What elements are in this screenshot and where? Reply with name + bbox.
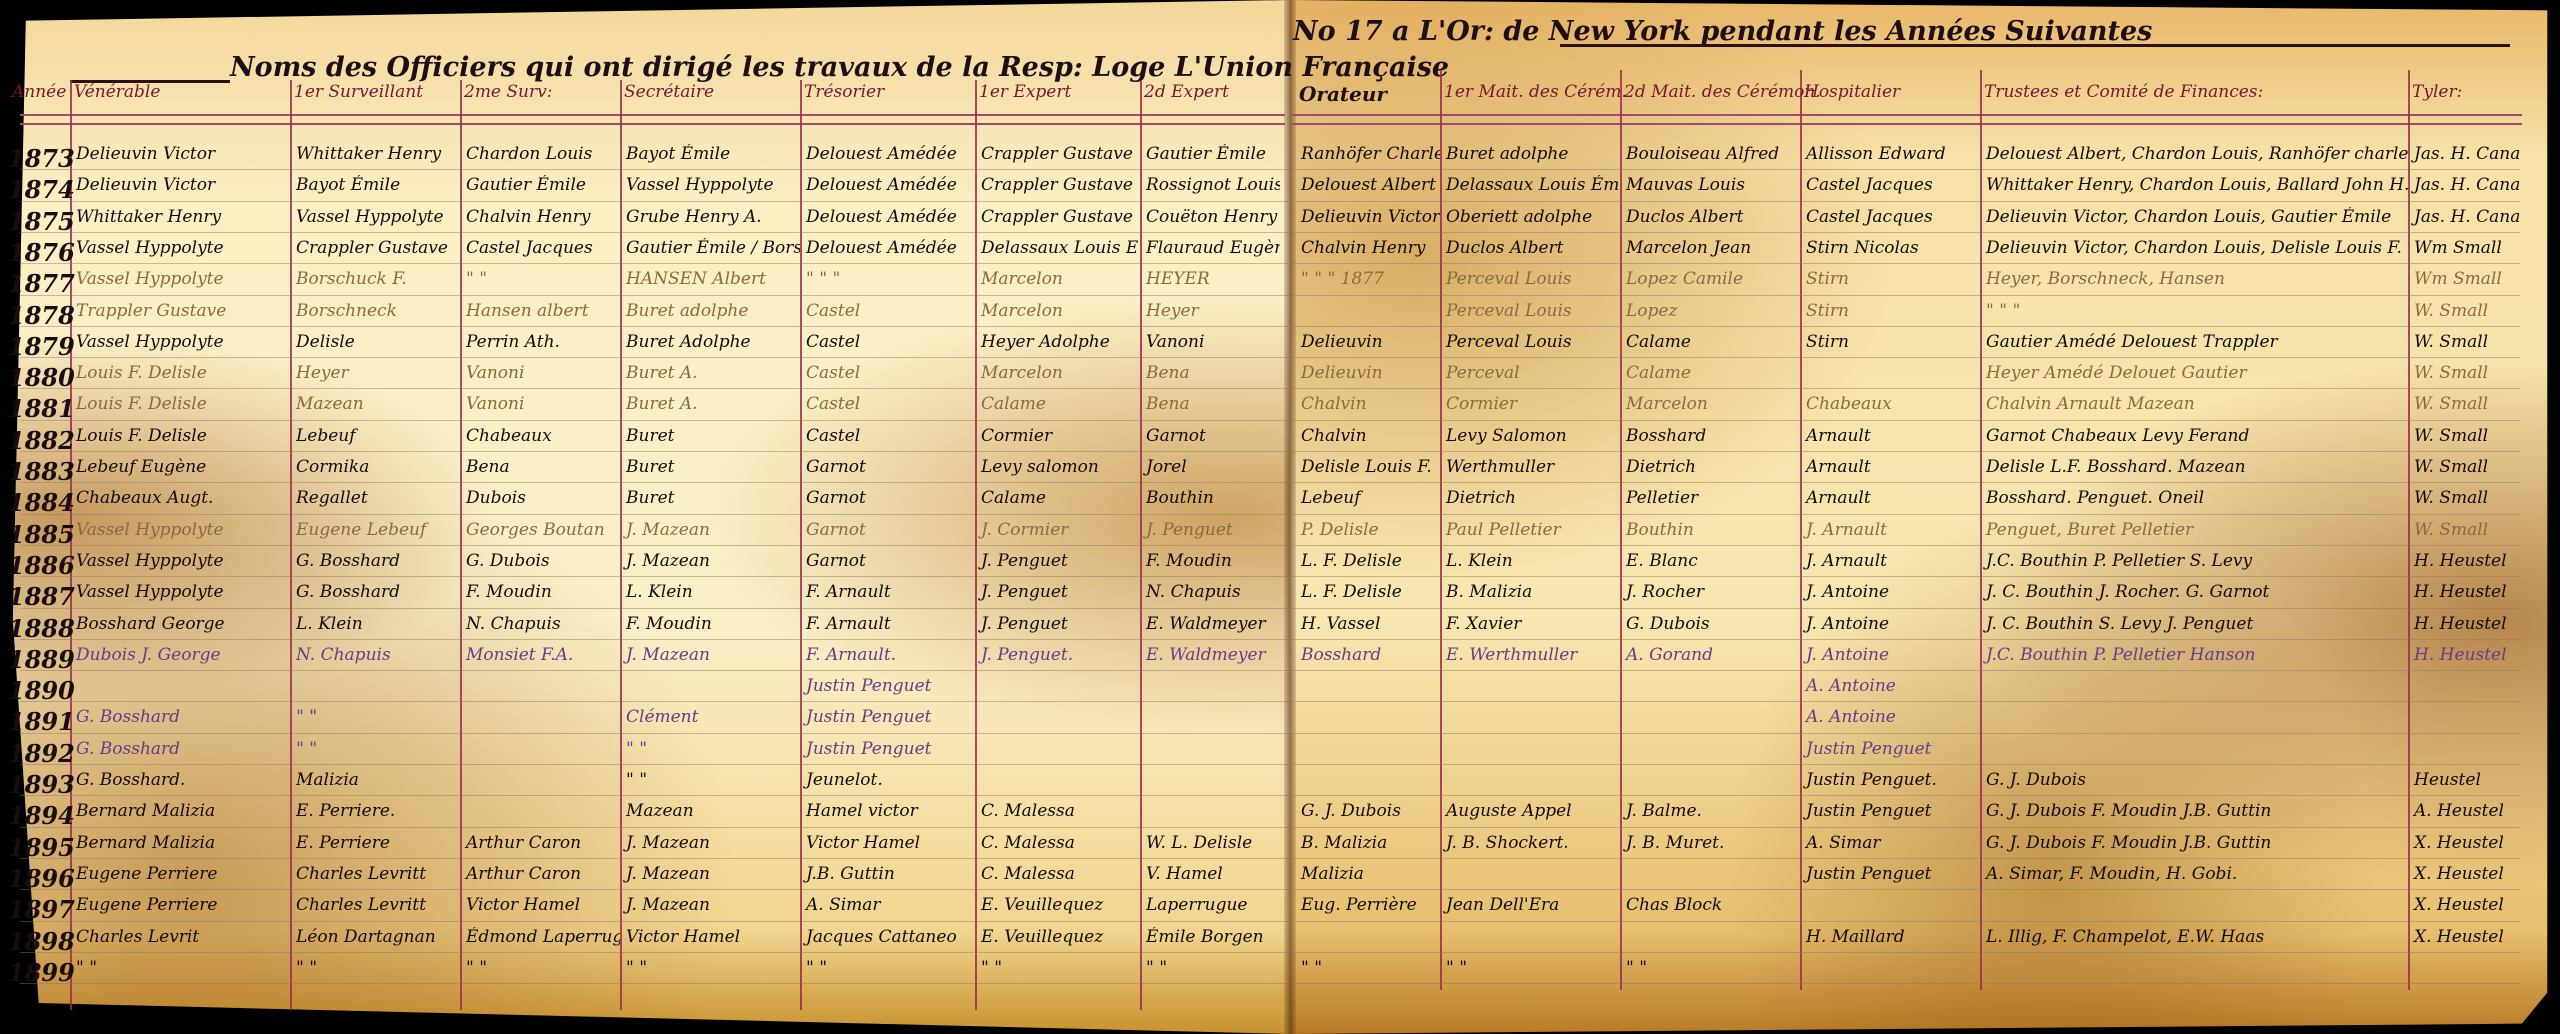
cell-expert1: Marcelon (975, 269, 1140, 289)
cell-maitre_cer2: Chas Block (1620, 895, 1800, 915)
cell-surv1: " " (290, 958, 460, 978)
cell-secretaire: L. Klein (620, 582, 800, 602)
cell-maitre_cer2: Calame (1620, 332, 1800, 352)
row-rule (20, 482, 2520, 483)
cell-trustees: Delieuvin Victor, Chardon Louis, Gautier… (1980, 207, 2408, 227)
row-rule (20, 608, 2520, 609)
cell-secretaire: J. Mazean (620, 520, 800, 540)
cell-tresorier: Castel (800, 426, 975, 446)
cell-maitre_cer1: Auguste Appel (1440, 801, 1620, 821)
cell-maitre_cer2: J. Balme. (1620, 801, 1800, 821)
cell-maitre_cer1: Duclos Albert (1440, 238, 1620, 258)
column-header-hospitalier: Hospitalier (1804, 82, 1900, 102)
cell-expert1: Cormier (975, 426, 1140, 446)
cell-surv2: Chalvin Henry (460, 207, 620, 227)
column-header-secretaire: Secrétaire (624, 82, 714, 102)
cell-surv2: Castel Jacques (460, 238, 620, 258)
cell-venerable: Louis F. Delisle (70, 363, 290, 383)
cell-expert2: " " (1140, 958, 1280, 978)
column-header-surv1: 1er Surveillant (294, 82, 423, 102)
cell-expert1: C. Malessa (975, 801, 1140, 821)
column-header-expert2: 2d Expert (1144, 82, 1229, 102)
cell-annee: 1892 (8, 739, 70, 768)
cell-secretaire: F. Moudin (620, 614, 800, 634)
cell-tresorier: F. Arnault (800, 614, 975, 634)
cell-tyler: W. Small (2408, 394, 2520, 414)
cell-expert2: Vanoni (1140, 332, 1280, 352)
cell-secretaire: Vassel Hyppolyte (620, 175, 800, 195)
cell-maitre_cer2: Dietrich (1620, 457, 1800, 477)
cell-expert2: Gautier Émile (1140, 144, 1280, 164)
cell-tresorier: Delouest Amédée (800, 144, 975, 164)
cell-venerable: Bernard Malizia (70, 833, 290, 853)
cell-annee: 1879 (8, 332, 70, 361)
cell-expert1: Crappler Gustave (975, 207, 1140, 227)
cell-maitre_cer1: F. Xavier (1440, 614, 1620, 634)
row-rule (20, 232, 2520, 233)
cell-annee: 1876 (8, 238, 70, 267)
cell-annee: 1894 (8, 801, 70, 830)
cell-annee: 1883 (8, 457, 70, 486)
cell-trustees: " " " (1980, 301, 2408, 321)
cell-secretaire: Gautier Émile / Borschneck Frederic (620, 238, 800, 258)
cell-orateur: Chalvin (1295, 426, 1440, 446)
cell-tyler: Jas. H. Canavan (2408, 175, 2520, 195)
cell-expert2: E. Waldmeyer (1140, 614, 1280, 634)
cell-trustees: G. J. Dubois F. Moudin J.B. Guttin (1980, 833, 2408, 853)
cell-surv1: Bayot Émile (290, 175, 460, 195)
cell-secretaire: " " (620, 958, 800, 978)
cell-hospitalier: J. Arnault (1800, 551, 1980, 571)
cell-surv2: Arthur Caron (460, 864, 620, 884)
cell-secretaire: Mazean (620, 801, 800, 821)
cell-maitre_cer1: Dietrich (1440, 488, 1620, 508)
cell-tresorier: Delouest Amédée (800, 175, 975, 195)
cell-trustees: L. Illig, F. Champelot, E.W. Haas (1980, 927, 2408, 947)
cell-secretaire: Grube Henry A. (620, 207, 800, 227)
cell-orateur: Chalvin (1295, 394, 1440, 414)
cell-expert1: Heyer Adolphe (975, 332, 1140, 352)
cell-surv2: Chabeaux (460, 426, 620, 446)
cell-hospitalier: H. Maillard (1800, 927, 1980, 947)
cell-tyler: W. Small (2408, 488, 2520, 508)
cell-venerable: Vassel Hyppolyte (70, 269, 290, 289)
cell-tresorier: Castel (800, 363, 975, 383)
cell-expert1: E. Veuillequez (975, 927, 1140, 947)
cell-tyler: W. Small (2408, 457, 2520, 477)
cell-maitre_cer2: Lopez (1620, 301, 1800, 321)
cell-surv1: Heyer (290, 363, 460, 383)
cell-expert2: Bouthin (1140, 488, 1280, 508)
row-rule (20, 420, 2520, 421)
cell-trustees: J.C. Bouthin P. Pelletier S. Levy (1980, 551, 2408, 571)
cell-annee: 1891 (8, 707, 70, 736)
cell-maitre_cer2: Bosshard (1620, 426, 1800, 446)
cell-expert2: F. Moudin (1140, 551, 1280, 571)
cell-venerable: Eugene Perriere (70, 864, 290, 884)
cell-tyler: H. Heustel (2408, 645, 2520, 665)
cell-surv2: Gautier Émile (460, 175, 620, 195)
cell-annee: 1888 (8, 614, 70, 643)
cell-expert1: Marcelon (975, 363, 1140, 383)
cell-surv1: Whittaker Henry (290, 144, 460, 164)
cell-surv2: G. Dubois (460, 551, 620, 571)
header-double-rule-right (1292, 114, 2522, 125)
cell-expert2: V. Hamel (1140, 864, 1280, 884)
cell-orateur: Chalvin Henry (1295, 238, 1440, 258)
cell-secretaire: Bayot Émile (620, 144, 800, 164)
cell-maitre_cer1: Jean Dell'Era (1440, 895, 1620, 915)
cell-expert1: Crappler Gustave (975, 175, 1140, 195)
cell-secretaire: Buret (620, 426, 800, 446)
cell-maitre_cer2: Pelletier (1620, 488, 1800, 508)
row-rule (20, 576, 2520, 577)
cell-hospitalier: A. Simar (1800, 833, 1980, 853)
cell-tresorier: Castel (800, 394, 975, 414)
cell-maitre_cer1: " " (1440, 958, 1620, 978)
cell-tyler: Heustel (2408, 770, 2520, 790)
cell-expert2: N. Chapuis (1140, 582, 1280, 602)
cell-secretaire: J. Mazean (620, 833, 800, 853)
row-rule (20, 670, 2520, 671)
cell-tresorier: Castel (800, 301, 975, 321)
cell-secretaire: Buret (620, 488, 800, 508)
cell-annee: 1880 (8, 363, 70, 392)
cell-annee: 1886 (8, 551, 70, 580)
row-rule (20, 827, 2520, 828)
cell-tresorier: F. Arnault. (800, 645, 975, 665)
column-header-maitre_cer1: 1er Mait. des Cérém. (1444, 82, 1627, 102)
cell-orateur: Delieuvin Victor (1295, 207, 1440, 227)
cell-hospitalier: Justin Penguet (1800, 801, 1980, 821)
cell-venerable: Whittaker Henry (70, 207, 290, 227)
cell-surv2: N. Chapuis (460, 614, 620, 634)
cell-expert2: Flauraud Eugène (1140, 238, 1280, 258)
cell-annee: 1899 (8, 958, 70, 987)
cell-maitre_cer1: L. Klein (1440, 551, 1620, 571)
cell-maitre_cer2: J. B. Muret. (1620, 833, 1800, 853)
row-rule (20, 795, 2520, 796)
row-rule (20, 921, 2520, 922)
cell-tresorier: " " (800, 958, 975, 978)
cell-venerable: Delieuvin Victor (70, 175, 290, 195)
cell-venerable: " " (70, 958, 290, 978)
cell-surv2: " " (460, 269, 620, 289)
cell-venerable: Vassel Hyppolyte (70, 238, 290, 258)
cell-maitre_cer2: Mauvas Louis (1620, 175, 1800, 195)
cell-expert2: Garnot (1140, 426, 1280, 446)
cell-tresorier: Justin Penguet (800, 676, 975, 696)
cell-expert1: " " (975, 958, 1140, 978)
cell-maitre_cer2: E. Blanc (1620, 551, 1800, 571)
cell-maitre_cer1: B. Malizia (1440, 582, 1620, 602)
cell-annee: 1882 (8, 426, 70, 455)
row-rule (20, 295, 2520, 296)
row-rule (20, 983, 2520, 984)
cell-maitre_cer2: " " (1620, 958, 1800, 978)
cell-surv2: F. Moudin (460, 582, 620, 602)
cell-expert1: Levy salomon (975, 457, 1140, 477)
cell-tresorier: Castel (800, 332, 975, 352)
cell-tresorier: Garnot (800, 551, 975, 571)
cell-annee: 1881 (8, 394, 70, 423)
cell-maitre_cer1: E. Werthmuller (1440, 645, 1620, 665)
cell-maitre_cer1: Werthmuller (1440, 457, 1620, 477)
cell-orateur: Ranhöfer Charle (1295, 144, 1440, 164)
cell-orateur: P. Delisle (1295, 520, 1440, 540)
cell-trustees: J. C. Bouthin S. Levy J. Penguet (1980, 614, 2408, 634)
cell-surv2: Hansen albert (460, 301, 620, 321)
cell-venerable: G. Bosshard. (70, 770, 290, 790)
column-header-tyler: Tyler: (2412, 82, 2462, 102)
cell-trustees: G. J. Dubois F. Moudin J.B. Guttin (1980, 801, 2408, 821)
column-header-annee: Année (12, 82, 66, 102)
cell-surv2: Chardon Louis (460, 144, 620, 164)
column-header-trustees: Trustees et Comité de Finances: (1984, 82, 2263, 102)
cell-expert1: Crappler Gustave (975, 144, 1140, 164)
cell-surv2: Vanoni (460, 394, 620, 414)
row-rule (20, 733, 2520, 734)
title-left: Noms des Officiers qui ont dirigé les tr… (230, 52, 1449, 83)
cell-trustees: Heyer, Borschneck, Hansen (1980, 269, 2408, 289)
cell-venerable: Bernard Malizia (70, 801, 290, 821)
cell-maitre_cer1: Levy Salomon (1440, 426, 1620, 446)
cell-annee: 1878 (8, 301, 70, 330)
cell-orateur: L. F. Delisle (1295, 582, 1440, 602)
title-right: No 17 a L'Or: de New York pendant les An… (1293, 16, 2152, 47)
cell-expert1: Delassaux Louis E. (975, 238, 1140, 258)
cell-surv1: Crappler Gustave (290, 238, 460, 258)
cell-maitre_cer2: G. Dubois (1620, 614, 1800, 634)
cell-tyler: W. Small (2408, 301, 2520, 321)
cell-secretaire: J. Mazean (620, 645, 800, 665)
cell-expert1: J. Penguet (975, 614, 1140, 634)
cell-venerable: Chabeaux Augt. (70, 488, 290, 508)
cell-trustees: Penguet, Buret Pelletier (1980, 520, 2408, 540)
cell-surv1: Malizia (290, 770, 460, 790)
row-rule (20, 514, 2520, 515)
cell-hospitalier: A. Antoine (1800, 707, 1980, 727)
cell-expert1: E. Veuillequez (975, 895, 1140, 915)
row-rule (20, 889, 2520, 890)
cell-hospitalier: Arnault (1800, 457, 1980, 477)
cell-surv2: Dubois (460, 488, 620, 508)
cell-maitre_cer1: Perceval Louis (1440, 301, 1620, 321)
cell-surv1: " " (290, 707, 460, 727)
cell-expert2: J. Penguet (1140, 520, 1280, 540)
cell-expert2: Jorel (1140, 457, 1280, 477)
cell-venerable: Vassel Hyppolyte (70, 520, 290, 540)
cell-orateur: G. J. Dubois (1295, 801, 1440, 821)
cell-orateur: " " (1295, 958, 1440, 978)
cell-trustees: Delieuvin Victor, Chardon Louis, Delisle… (1980, 238, 2408, 258)
cell-surv2: Georges Boutan (460, 520, 620, 540)
cell-maitre_cer2: Lopez Camile (1620, 269, 1800, 289)
row-rule (20, 545, 2520, 546)
column-header-expert1: 1er Expert (979, 82, 1071, 102)
row-rule (20, 952, 2520, 953)
cell-tresorier: Justin Penguet (800, 739, 975, 759)
cell-trustees: Bosshard. Penguet. Oneil (1980, 488, 2408, 508)
cell-secretaire: Buret Adolphe (620, 332, 800, 352)
cell-maitre_cer1: Cormier (1440, 394, 1620, 414)
cell-orateur: " " " 1877 (1295, 269, 1440, 289)
cell-surv1: Charles Levritt (290, 864, 460, 884)
cell-hospitalier: Arnault (1800, 426, 1980, 446)
cell-expert1: J. Penguet (975, 551, 1140, 571)
cell-orateur: Bosshard (1295, 645, 1440, 665)
cell-hospitalier: J. Antoine (1800, 645, 1980, 665)
cell-tresorier: Delouest Amédée (800, 238, 975, 258)
cell-tyler: Wm Small (2408, 238, 2520, 258)
cell-expert1: J. Penguet. (975, 645, 1140, 665)
cell-tresorier: Jeunelot. (800, 770, 975, 790)
cell-venerable: G. Bosshard (70, 707, 290, 727)
cell-secretaire: Buret (620, 457, 800, 477)
cell-annee: 1890 (8, 676, 70, 705)
cell-surv1: Mazean (290, 394, 460, 414)
cell-orateur: B. Malizia (1295, 833, 1440, 853)
cell-secretaire: Buret adolphe (620, 301, 800, 321)
cell-tyler: H. Heustel (2408, 582, 2520, 602)
cell-expert2: Rossignot Louis (1140, 175, 1280, 195)
cell-surv2: " " (460, 958, 620, 978)
row-rule (20, 263, 2520, 264)
cell-tresorier: Jacques Cattaneo (800, 927, 975, 947)
cell-venerable: Delieuvin Victor (70, 144, 290, 164)
title-underline-right (1560, 44, 2510, 47)
row-rule (20, 169, 2520, 170)
cell-expert1: C. Malessa (975, 833, 1140, 853)
cell-tresorier: Garnot (800, 520, 975, 540)
cell-maitre_cer2: Marcelon (1620, 394, 1800, 414)
cell-tyler: X. Heustel (2408, 895, 2520, 915)
cell-surv1: E. Perriere. (290, 801, 460, 821)
cell-expert1: J. Penguet (975, 582, 1140, 602)
cell-orateur: Delieuvin (1295, 332, 1440, 352)
cell-maitre_cer2: Bouloiseau Alfred (1620, 144, 1800, 164)
cell-secretaire: " " (620, 739, 800, 759)
cell-tresorier: F. Arnault (800, 582, 975, 602)
cell-maitre_cer1: Oberiett adolphe (1440, 207, 1620, 227)
cell-surv1: G. Bosshard (290, 582, 460, 602)
cell-maitre_cer1: Perceval Louis (1440, 332, 1620, 352)
cell-secretaire: J. Mazean (620, 895, 800, 915)
cell-annee: 1893 (8, 770, 70, 799)
row-rule (20, 326, 2520, 327)
cell-expert2: Émile Borgen (1140, 927, 1280, 947)
cell-surv1: Delisle (290, 332, 460, 352)
cell-surv2: Bena (460, 457, 620, 477)
cell-secretaire: Buret A. (620, 363, 800, 383)
cell-annee: 1877 (8, 269, 70, 298)
cell-maitre_cer2: Duclos Albert (1620, 207, 1800, 227)
cell-orateur: Lebeuf (1295, 488, 1440, 508)
cell-annee: 1884 (8, 488, 70, 517)
cell-surv1: N. Chapuis (290, 645, 460, 665)
cell-tyler: H. Heustel (2408, 614, 2520, 634)
header-double-rule-left (20, 114, 1285, 125)
cell-venerable: Lebeuf Eugène (70, 457, 290, 477)
cell-trustees: Chalvin Arnault Mazean (1980, 394, 2408, 414)
cell-expert2: Laperrugue (1140, 895, 1280, 915)
cell-surv1: Charles Levritt (290, 895, 460, 915)
column-header-maitre_cer2: 2d Mait. des Cérémon. (1624, 82, 1821, 102)
cell-maitre_cer1: Delassaux Louis Émile (1440, 175, 1620, 195)
cell-tresorier: Delouest Amédée (800, 207, 975, 227)
row-rule (20, 858, 2520, 859)
cell-maitre_cer2: Bouthin (1620, 520, 1800, 540)
cell-expert1: C. Malessa (975, 864, 1140, 884)
cell-tresorier: " " " (800, 269, 975, 289)
cell-tresorier: Justin Penguet (800, 707, 975, 727)
cell-tyler: W. Small (2408, 520, 2520, 540)
cell-hospitalier: Justin Penguet (1800, 739, 1980, 759)
cell-orateur: Delisle Louis F. (1295, 457, 1440, 477)
cell-expert1: Calame (975, 394, 1140, 414)
row-rule (20, 201, 2520, 202)
cell-tyler: W. Small (2408, 426, 2520, 446)
cell-surv1: " " (290, 739, 460, 759)
cell-hospitalier: Justin Penguet (1800, 864, 1980, 884)
cell-annee: 1889 (8, 645, 70, 674)
cell-maitre_cer2: Calame (1620, 363, 1800, 383)
cell-tresorier: A. Simar (800, 895, 975, 915)
cell-expert2: Bena (1140, 363, 1280, 383)
cell-surv1: G. Bosshard (290, 551, 460, 571)
cell-secretaire: " " (620, 770, 800, 790)
cell-secretaire: J. Mazean (620, 864, 800, 884)
cell-secretaire: J. Mazean (620, 551, 800, 571)
cell-surv2: Victor Hamel (460, 895, 620, 915)
cell-expert2: E. Waldmeyer (1140, 645, 1280, 665)
cell-tyler: A. Heustel (2408, 801, 2520, 821)
cell-trustees: A. Simar, F. Moudin, H. Gobi. (1980, 864, 2408, 884)
cell-orateur: Delieuvin (1295, 363, 1440, 383)
cell-orateur: H. Vassel (1295, 614, 1440, 634)
cell-orateur: L. F. Delisle (1295, 551, 1440, 571)
cell-trustees: Delouest Albert, Chardon Louis, Ranhöfer… (1980, 144, 2408, 164)
cell-surv1: Regallet (290, 488, 460, 508)
cell-surv1: Borschneck (290, 301, 460, 321)
cell-annee: 1874 (8, 175, 70, 204)
cell-venerable: Louis F. Delisle (70, 394, 290, 414)
cell-venerable: Dubois J. George (70, 645, 290, 665)
cell-hospitalier: Stirn (1800, 301, 1980, 321)
cell-tyler: X. Heustel (2408, 927, 2520, 947)
cell-maitre_cer1: Buret adolphe (1440, 144, 1620, 164)
cell-tresorier: Hamel victor (800, 801, 975, 821)
cell-hospitalier: Stirn Nicolas (1800, 238, 1980, 258)
cell-hospitalier: Castel Jacques (1800, 175, 1980, 195)
cell-tyler: Wm Small (2408, 269, 2520, 289)
cell-expert2: Bena (1140, 394, 1280, 414)
cell-surv2: Perrin Ath. (460, 332, 620, 352)
cell-expert2: HEYER (1140, 269, 1280, 289)
cell-venerable: Bosshard George (70, 614, 290, 634)
cell-tyler: W. Small (2408, 363, 2520, 383)
cell-expert1: J. Cormier (975, 520, 1140, 540)
cell-hospitalier: Chabeaux (1800, 394, 1980, 414)
cell-hospitalier: J. Antoine (1800, 582, 1980, 602)
cell-tyler: Jas. H. Canavan (2408, 207, 2520, 227)
cell-surv1: Vassel Hyppolyte (290, 207, 460, 227)
cell-maitre_cer2: J. Rocher (1620, 582, 1800, 602)
cell-annee: 1875 (8, 207, 70, 236)
cell-surv2: Monsiet F.A. (460, 645, 620, 665)
cell-secretaire: Victor Hamel (620, 927, 800, 947)
cell-expert2: Couëton Henry (1140, 207, 1280, 227)
